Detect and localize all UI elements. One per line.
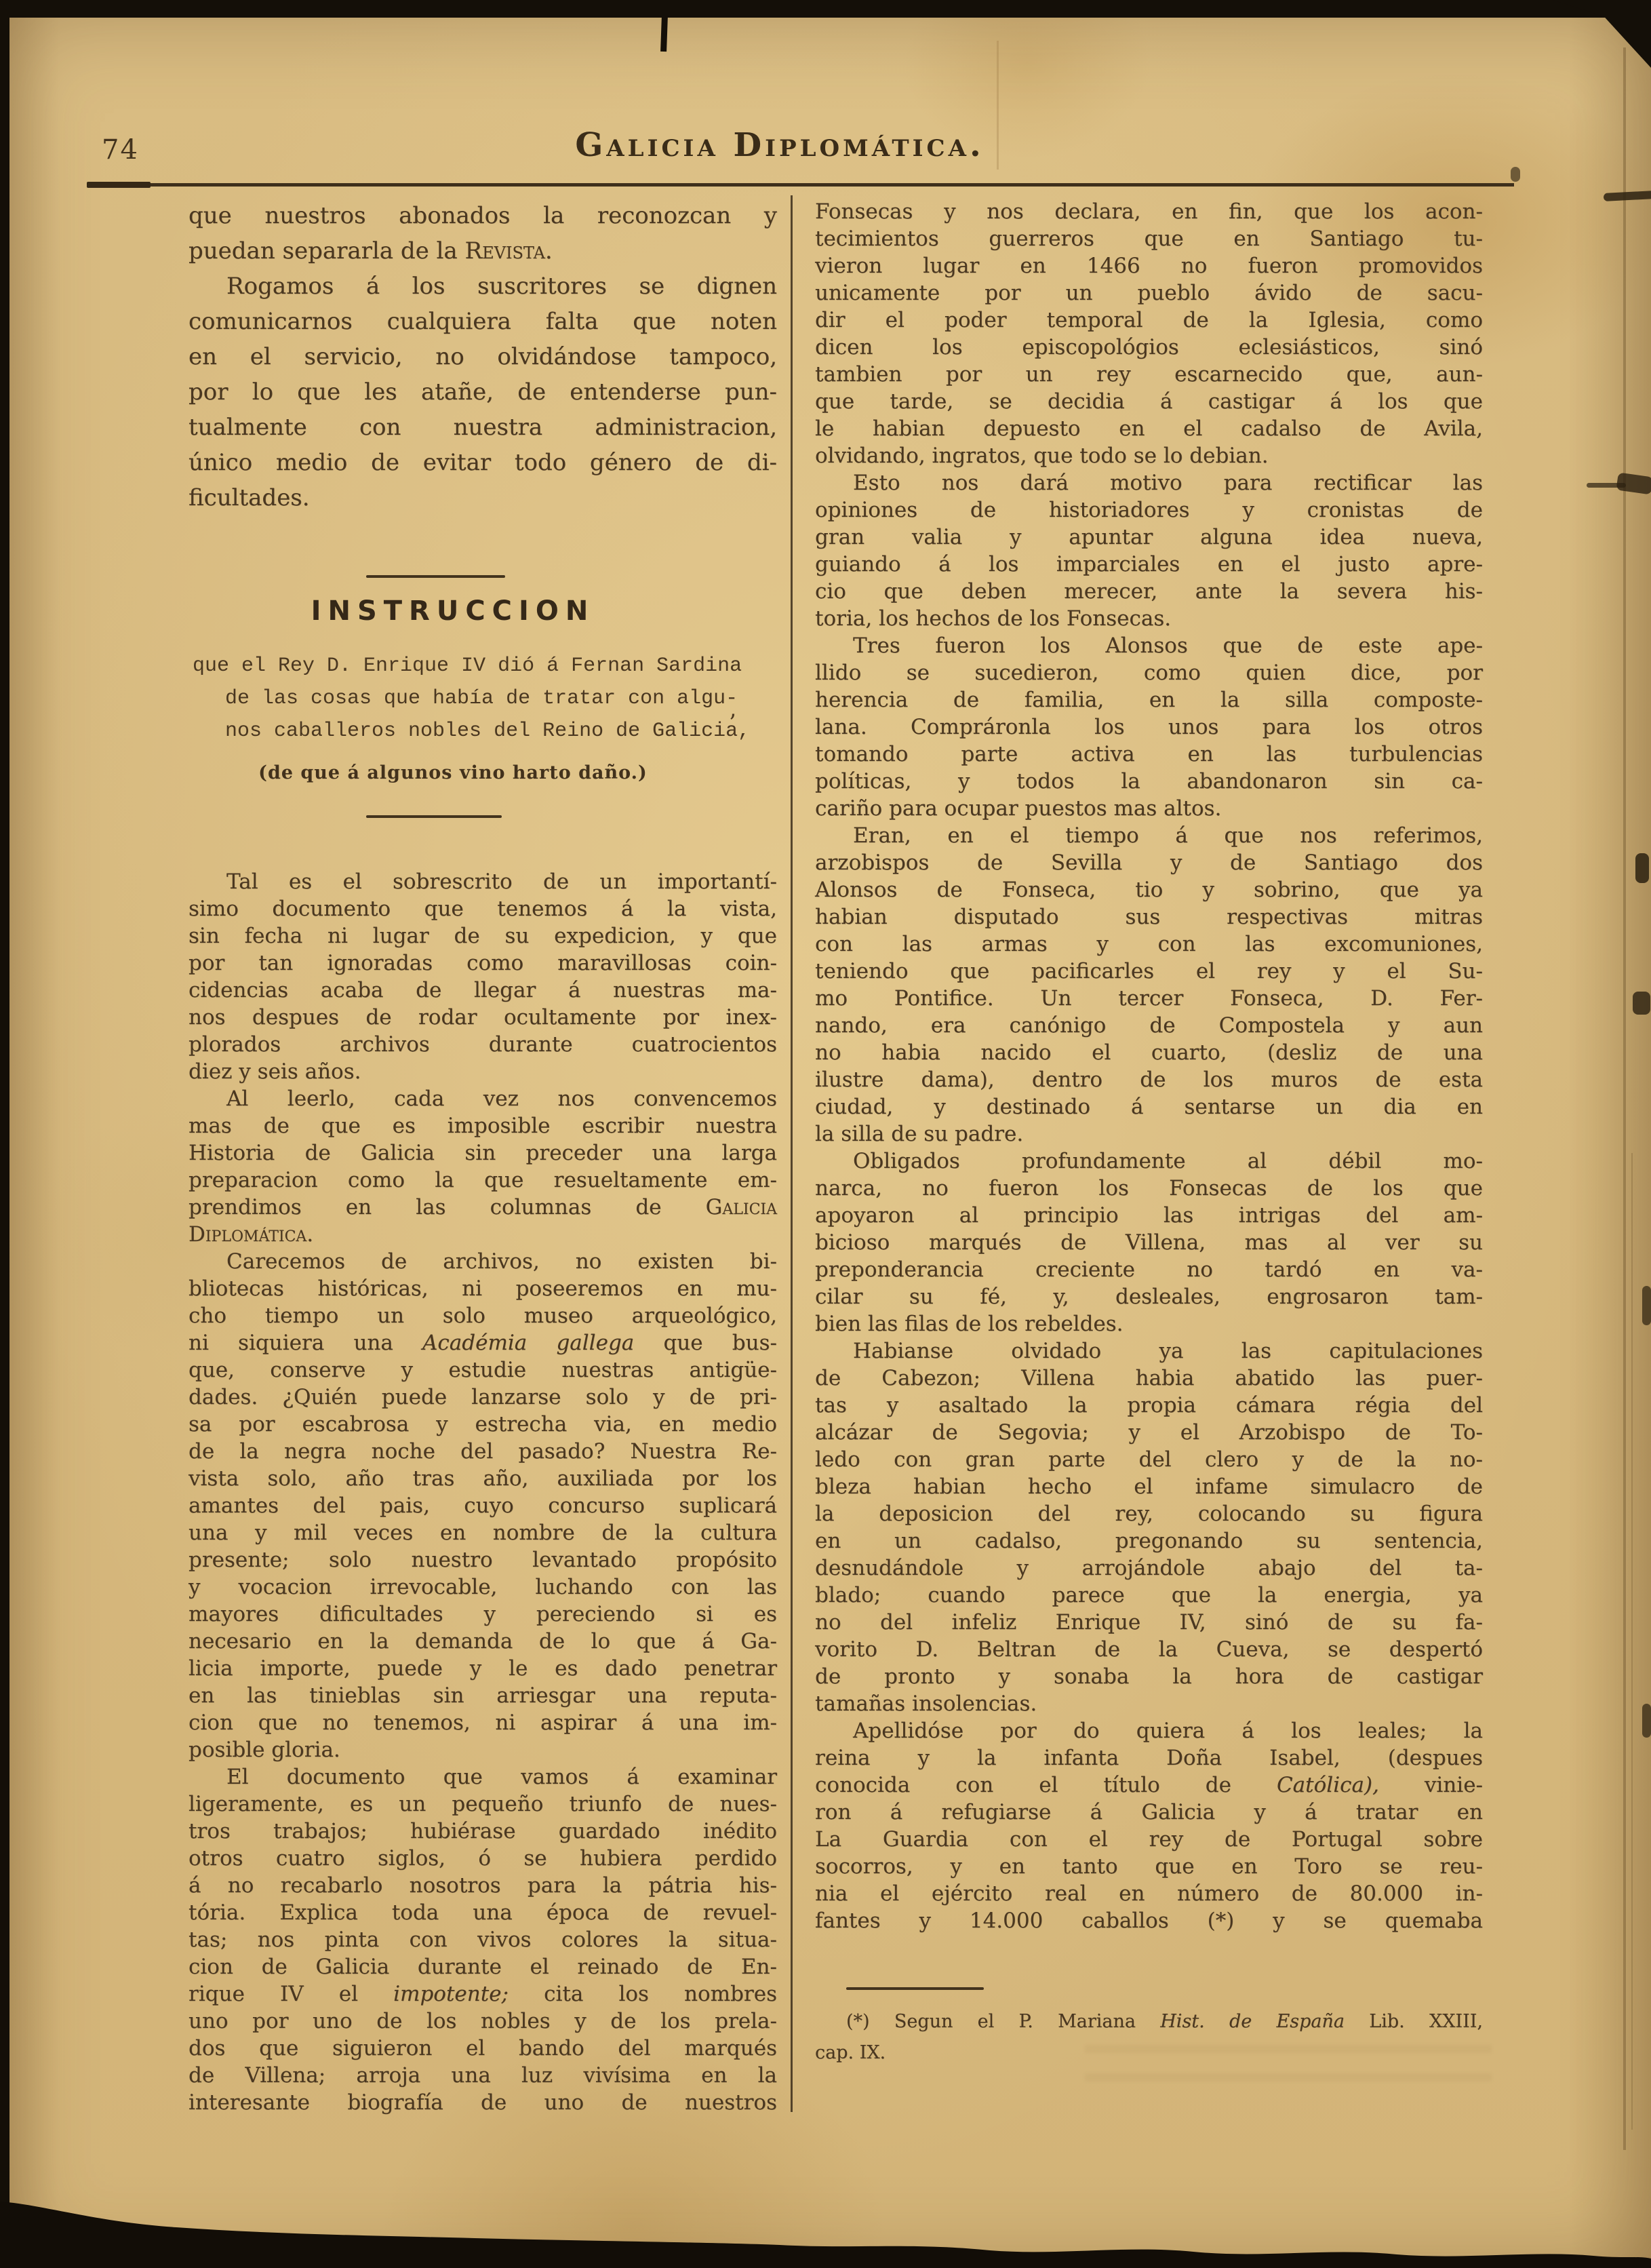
text-line: bien las filas de los rebeldes.	[815, 1310, 1483, 1337]
text-line: Fonsecas y nos declara, en fin, que los …	[815, 198, 1483, 225]
text-line: la deposicion del rey, colocando su figu…	[815, 1500, 1483, 1527]
text-line: toria, los hechos de los Fonsecas.	[815, 605, 1483, 632]
text-line: Al leerlo, cada vez nos convencemos	[188, 1085, 777, 1112]
text-line: políticas, y todos la abandonaron sin ca…	[815, 768, 1483, 795]
text-line: gran valia y apuntar alguna idea nueva,	[815, 524, 1483, 551]
text-line: interesante biografía de uno de nuestros	[188, 2089, 777, 2116]
page-number: 74	[102, 134, 139, 165]
text-line: tros trabajos; hubiérase guardado inédit…	[188, 1818, 777, 1845]
text-line: no habia nacido el cuarto, (desliz de un…	[815, 1039, 1483, 1066]
text-line: nia el ejército real en número de 80.000…	[815, 1880, 1483, 1907]
section-divider	[366, 575, 505, 578]
instruction-subtitle: que el Rey D. Enrique IV dió á Fernan Sa…	[193, 650, 789, 747]
text-line: Obligados profundamente al débil mo-	[815, 1148, 1483, 1175]
page-crease	[1623, 47, 1626, 2150]
text-line: tas y asaltado la propia cámara régia de…	[815, 1392, 1483, 1419]
text-line: cio que deben merecer, ante la severa hi…	[815, 578, 1483, 605]
text-line: opiniones de historiadores y cronistas d…	[815, 496, 1483, 524]
page-flaw-mark	[1633, 992, 1650, 1015]
text-line: diez y seis años.	[188, 1058, 777, 1085]
text-line: tambien por un rey escarnecido que, aun-	[815, 361, 1483, 388]
article-column-left: Tal es el sobrescrito de un importantí-s…	[188, 868, 777, 2116]
text-line: rique IV el impotente; cita los nombres	[188, 1980, 777, 2008]
text-line: llido se sucedieron, como quien dice, po…	[815, 659, 1483, 686]
text-line: preparacion como la que resueltamente em…	[188, 1167, 777, 1194]
text-line: bicioso marqués de Villena, mas al ver s…	[815, 1229, 1483, 1256]
text-line: habian disputado sus respectivas mitras	[815, 903, 1483, 931]
stray-comma-mark: ’	[729, 709, 736, 737]
text-line: dicen los episcopológios eclesiásticos, …	[815, 334, 1483, 361]
text-line: mayores dificultades y pereciendo si es	[188, 1601, 777, 1628]
ink-showthrough	[1085, 2025, 1492, 2087]
text-line: vista solo, año tras año, auxiliada por …	[188, 1465, 777, 1492]
text-line: unicamente por un pueblo ávido de sacu-	[815, 279, 1483, 307]
text-line: por tan ignoradas como maravillosas coin…	[188, 950, 777, 977]
text-line: tamañas insolencias.	[815, 1690, 1483, 1717]
text-line: con las armas y con las excomuniones,	[815, 931, 1483, 958]
text-line: Alonsos de Fonseca, tio y sobrino, que y…	[815, 876, 1483, 903]
text-line: bleza habian hecho el infame simulacro d…	[815, 1473, 1483, 1500]
text-line: vieron lugar en 1466 no fueron promovido…	[815, 252, 1483, 279]
instruction-heading: INSTRUCCION	[195, 595, 711, 627]
text-line: teniendo que pacificarles el rey y el Su…	[815, 958, 1483, 985]
text-line: de Cabezon; Villena habia abatido las pu…	[815, 1365, 1483, 1392]
text-line: cariño para ocupar puestos mas altos.	[815, 795, 1483, 822]
text-line: Habianse olvidado ya las capitulaciones	[815, 1337, 1483, 1365]
page-crease	[997, 41, 999, 170]
text-line: en el servicio, no olvidándose tampoco,	[188, 339, 777, 374]
text-line: cion que no tenemos, ni aspirar á una im…	[188, 1709, 777, 1736]
text-line: ron á refugiarse á Galicia y á tratar en	[815, 1799, 1483, 1826]
section-divider	[366, 815, 502, 818]
text-line: licia importe, puede y le es dado penetr…	[188, 1655, 777, 1682]
text-line: y vocacion irrevocable, luchando con las	[188, 1573, 777, 1601]
text-line: una y mil veces en nombre de la cultura	[188, 1519, 777, 1546]
scan-border-bottom	[0, 2187, 1651, 2268]
text-line: ledo con gran parte del clero y de la no…	[815, 1446, 1483, 1473]
scan-border-left	[0, 0, 9, 2268]
text-line: comunicarnos cualquiera falta que noten	[188, 304, 777, 339]
scan-border-notch	[660, 16, 668, 52]
text-line: conocida con el título de Católica), vin…	[815, 1772, 1483, 1799]
text-line: socorros, y en tanto que en Toro se reu-	[815, 1853, 1483, 1880]
text-line: uno por uno de los nobles y de los prela…	[188, 2008, 777, 2035]
page-flaw-mark	[1511, 167, 1520, 182]
header-rule-cap	[87, 182, 151, 188]
text-line: prendimos en las columnas de Galicia	[188, 1194, 777, 1221]
text-line: ni siquiera una Académia gallega que bus…	[188, 1329, 777, 1356]
text-line: sa por escabrosa y estrecha via, en medi…	[188, 1411, 777, 1438]
text-line: que nuestros abonados la reconozcan y	[188, 198, 777, 233]
text-line: nos despues de rodar ocultamente por ine…	[188, 1004, 777, 1031]
text-line: sin fecha ni lugar de su expedicion, y q…	[188, 922, 777, 950]
text-line: presente; solo nuestro levantado propósi…	[188, 1546, 777, 1573]
page-flaw-mark	[1587, 483, 1626, 488]
text-line: Historia de Galicia sin preceder una lar…	[188, 1139, 777, 1167]
text-line: Carecemos de archivos, no existen bi-	[188, 1248, 777, 1275]
page-title: Galicia Diplomática.	[495, 126, 1065, 164]
text-line: lana. Compráronla los unos para los otro…	[815, 713, 1483, 741]
text-line: olvidando, ingratos, que todo se lo debi…	[815, 442, 1483, 469]
text-line: guiando á los imparciales en el justo ap…	[815, 551, 1483, 578]
text-line: cion de Galicia durante el reinado de En…	[188, 1953, 777, 1980]
text-line: plorados archivos durante cuatrocientos	[188, 1031, 777, 1058]
text-line: le habian depuesto en el cadalso de Avil…	[815, 415, 1483, 442]
text-line: Rogamos á los suscritores se dignen	[188, 269, 777, 304]
text-line: por lo que les atañe, de entenderse pun-	[188, 374, 777, 410]
text-line: mas de que es imposible escribir nuestra	[188, 1112, 777, 1139]
text-line: preponderancia creciente no tardó en va-	[815, 1256, 1483, 1283]
text-line: puedan separarla de la Revista.	[188, 233, 777, 269]
text-line: La Guardia con el rey de Portugal sobre	[815, 1826, 1483, 1853]
text-line: simo documento que tenemos á la vista,	[188, 895, 777, 922]
text-line: Apellidóse por do quiera á los leales; l…	[815, 1717, 1483, 1744]
text-line: nando, era canónigo de Compostela y aun	[815, 1012, 1483, 1039]
text-line: posible gloria.	[188, 1736, 777, 1763]
text-line: que tarde, se decidia á castigar á los q…	[815, 388, 1483, 415]
text-line: otros cuatro siglos, ó se hubiera perdid…	[188, 1845, 777, 1872]
text-line: ligeramente, es un pequeño triunfo de nu…	[188, 1791, 777, 1818]
text-line: herencia de familia, en la silla compost…	[815, 686, 1483, 713]
notice-paragraph: que nuestros abonados la reconozcan ypue…	[188, 198, 777, 515]
text-line: ficultades.	[188, 480, 777, 515]
text-line: único medio de evitar todo género de di-	[188, 445, 777, 480]
text-line: dos que siguieron el bando del marqués	[188, 2035, 777, 2062]
text-line: Tal es el sobrescrito de un importantí-	[188, 868, 777, 895]
text-line: cho tiempo un solo museo arqueológico,	[188, 1302, 777, 1329]
text-line: arzobispos de Sevilla y de Santiago dos	[815, 849, 1483, 876]
text-line: Eran, en el tiempo á que nos referimos,	[815, 822, 1483, 849]
column-divider-rule	[791, 195, 793, 2112]
text-line: necesario en la demanda de lo que á Ga-	[188, 1628, 777, 1655]
footnote-divider	[846, 1987, 984, 1990]
text-line: en las tinieblas sin arriesgar una reput…	[188, 1682, 777, 1709]
header-rule	[87, 183, 1514, 187]
text-line: blado; cuando parece que la energia, ya	[815, 1582, 1483, 1609]
text-line: fantes y 14.000 caballos (*) y se quemab…	[815, 1907, 1483, 1934]
text-line: tualmente con nuestra administracion,	[188, 410, 777, 445]
text-line: de pronto y sonaba la hora de castigar	[815, 1663, 1483, 1690]
text-line: nos caballeros nobles del Reino de Galic…	[225, 715, 789, 747]
text-line: que el Rey D. Enrique IV dió á Fernan Sa…	[193, 650, 789, 682]
text-line: no del infeliz Enrique IV, sinó de su fa…	[815, 1609, 1483, 1636]
text-line: dades. ¿Quién puede lanzarse solo y de p…	[188, 1384, 777, 1411]
text-line: la silla de su padre.	[815, 1120, 1483, 1148]
text-line: ilustre dama), dentro de los muros de es…	[815, 1066, 1483, 1093]
text-line: Tres fueron los Alonsos que de este ape-	[815, 632, 1483, 659]
text-line: Diplomática.	[188, 1221, 777, 1248]
text-line: bliotecas históricas, ni poseeremos en m…	[188, 1275, 777, 1302]
page-crease	[1631, 1153, 1633, 2130]
text-line: reina y la infanta Doña Isabel, (despues	[815, 1744, 1483, 1772]
text-line: Esto nos dará motivo para rectificar las	[815, 469, 1483, 496]
text-line: en un cadalso, pregonando su sentencia,	[815, 1527, 1483, 1555]
text-line: que, conserve y estudie nuestras antigüe…	[188, 1356, 777, 1384]
text-line: vorito D. Beltran de la Cueva, se desper…	[815, 1636, 1483, 1663]
text-line: apoyaron al principio las intrigas del a…	[815, 1202, 1483, 1229]
article-column-right: Fonsecas y nos declara, en fin, que los …	[815, 198, 1483, 1934]
page-flaw-mark	[1642, 1704, 1651, 1738]
text-line: dir el poder temporal de la Iglesia, com…	[815, 307, 1483, 334]
instruction-motto: (de que á algunos vino harto daño.)	[195, 762, 711, 783]
text-line: desnudándole y arrojándole abajo del ta-	[815, 1555, 1483, 1582]
text-line: El documento que vamos á examinar	[188, 1763, 777, 1791]
page-flaw-mark	[1642, 1286, 1651, 1325]
text-line: tecimientos guerreros que en Santiago tu…	[815, 225, 1483, 252]
text-line: tomando parte activa en las turbulencias	[815, 741, 1483, 768]
text-line: narca, no fueron los Fonsecas de los que	[815, 1175, 1483, 1202]
scanned-page-background: { "colors": { "ink": "#4a3720", "paper":…	[0, 0, 1651, 2268]
text-line: ciudad, y destinado á sentarse un dia en	[815, 1093, 1483, 1120]
text-line: amantes del pais, cuyo concurso suplicar…	[188, 1492, 777, 1519]
text-line: alcázar de Segovia; y el Arzobispo de To…	[815, 1419, 1483, 1446]
text-line: tas; nos pinta con vivos colores la situ…	[188, 1926, 777, 1953]
text-line: mo Pontifice. Un tercer Fonseca, D. Fer-	[815, 985, 1483, 1012]
text-line: de Villena; arroja una luz vivísima en l…	[188, 2062, 777, 2089]
text-line: cidencias acaba de llegar á nuestras ma-	[188, 977, 777, 1004]
text-line: de la negra noche del pasado? Nuestra Re…	[188, 1438, 777, 1465]
text-line: á no recabarlo nosotros para la pátria h…	[188, 1872, 777, 1899]
text-line: de las cosas que había de tratar con alg…	[225, 682, 789, 715]
page-flaw-mark	[1635, 853, 1649, 883]
scan-border-top	[0, 0, 1651, 18]
text-line: cilar su fé, y, desleales, engrosaron ta…	[815, 1283, 1483, 1310]
text-line: tória. Explica toda una época de revuel-	[188, 1899, 777, 1926]
